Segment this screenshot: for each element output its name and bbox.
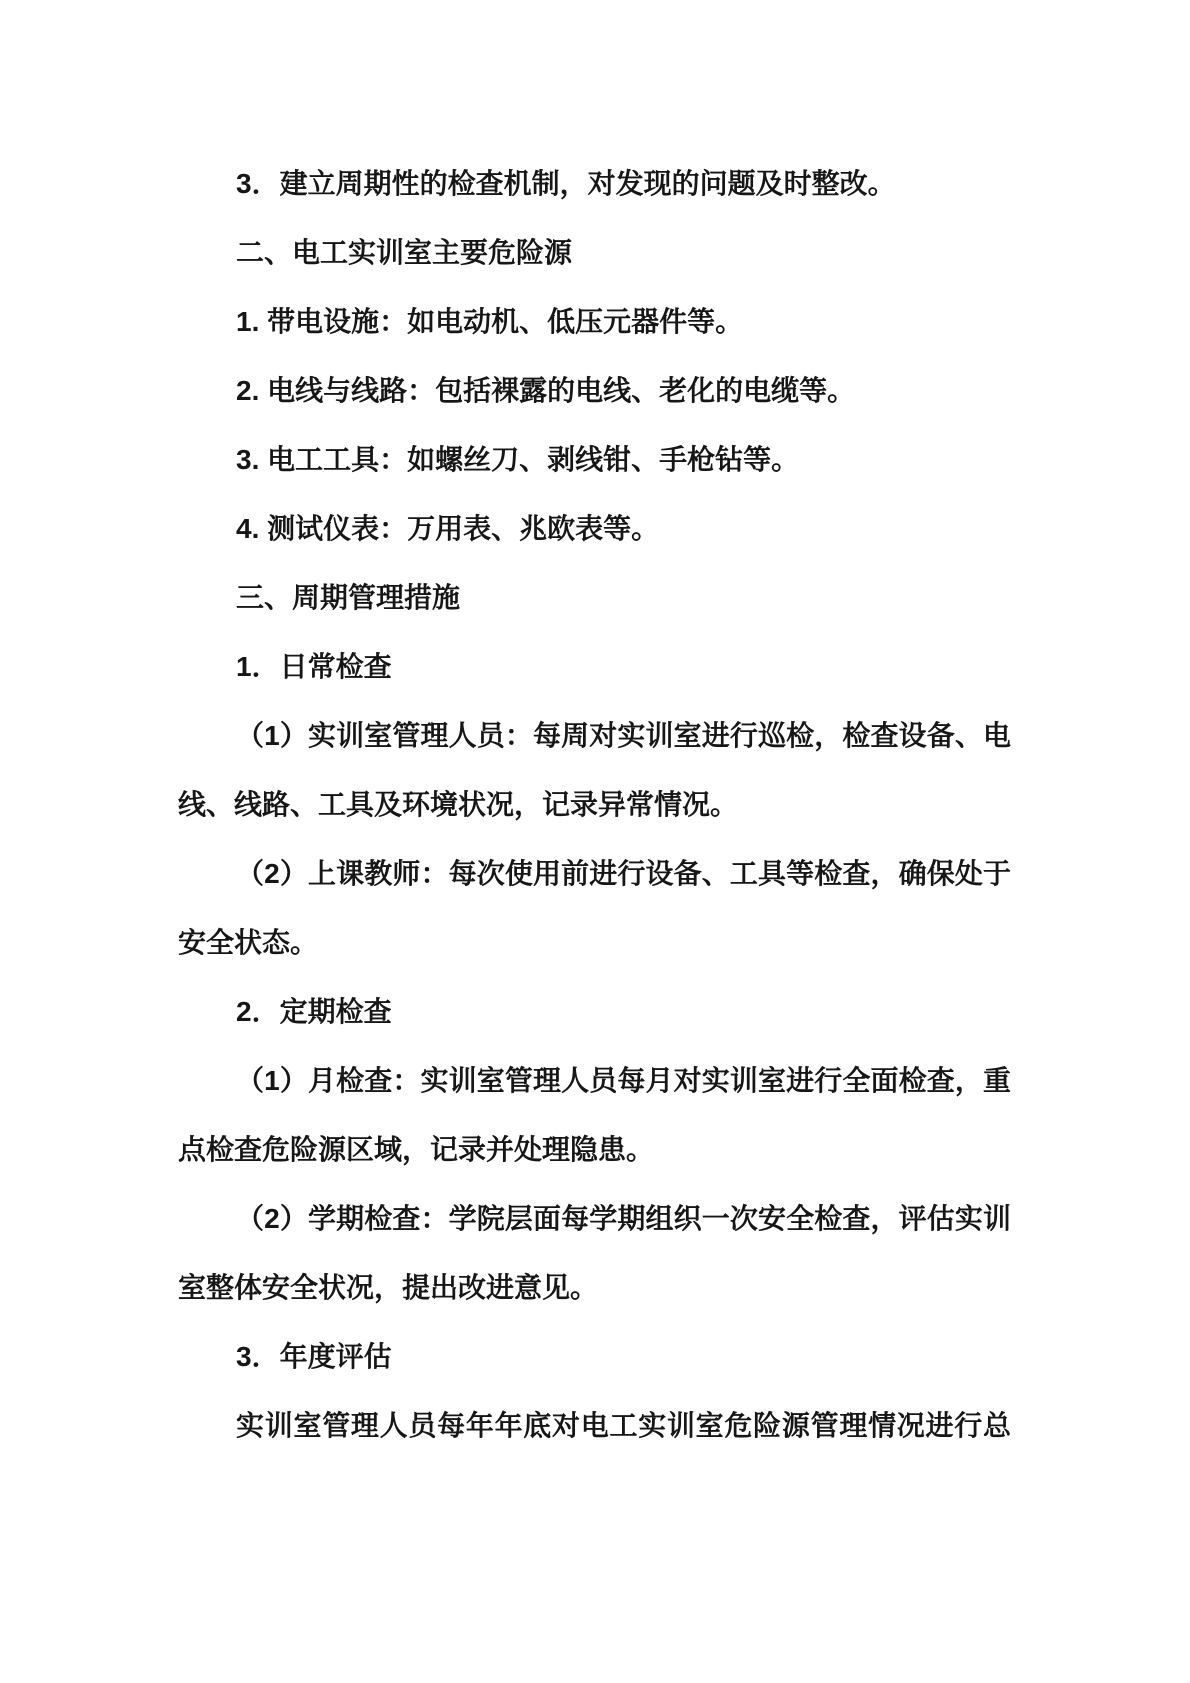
document-body-text: 3．建立周期性的检查机制，对发现的问题及时整改。 二、电工实训室主要危险源 1.… — [178, 149, 1011, 1460]
text-line: 三、周期管理措施 — [178, 563, 1011, 632]
heading-section-3-periodic-management: 三、周期管理措施 — [178, 563, 1011, 632]
text-line: 安全状态。 — [178, 908, 1011, 977]
para-daily-inspection-teacher: （2）上课教师：每次使用前进行设备、工具等检查，确保处于 安全状态。 — [178, 839, 1011, 977]
text-line: 实训室管理人员每年年底对电工实训室危险源管理情况进行总 — [178, 1391, 1011, 1460]
para-hazard-wires-lines: 2. 电线与线路：包括裸露的电线、老化的电缆等。 — [178, 356, 1011, 425]
text-line: （1）实训室管理人员：每周对实训室进行巡检，检查设备、电 — [178, 701, 1011, 770]
heading-daily-inspection: 1．日常检查 — [178, 632, 1011, 701]
para-daily-inspection-manager: （1）实训室管理人员：每周对实训室进行巡检，检查设备、电 线、线路、工具及环境状… — [178, 701, 1011, 839]
para-hazard-live-equipment: 1. 带电设施：如电动机、低压元器件等。 — [178, 287, 1011, 356]
text-line: 二、电工实训室主要危险源 — [178, 218, 1011, 287]
text-line: 室整体安全状况，提出改进意见。 — [178, 1253, 1011, 1322]
heading-section-2-hazard-sources: 二、电工实训室主要危险源 — [178, 218, 1011, 287]
text-line: 线、线路、工具及环境状况，记录异常情况。 — [178, 770, 1011, 839]
para-hazard-electrician-tools: 3. 电工工具：如螺丝刀、剥线钳、手枪钻等。 — [178, 425, 1011, 494]
para-semester-inspection: （2）学期检查：学院层面每学期组织一次安全检查，评估实训 室整体安全状况，提出改… — [178, 1184, 1011, 1322]
heading-periodic-inspection: 2．定期检查 — [178, 977, 1011, 1046]
text-line: 1. 带电设施：如电动机、低压元器件等。 — [178, 287, 1011, 356]
text-line: 3．建立周期性的检查机制，对发现的问题及时整改。 — [178, 149, 1011, 218]
text-line: 点检查危险源区域，记录并处理隐患。 — [178, 1115, 1011, 1184]
para-annual-summary: 实训室管理人员每年年底对电工实训室危险源管理情况进行总 — [178, 1391, 1011, 1460]
text-line: 3．年度评估 — [178, 1322, 1011, 1391]
para-periodic-check-item3: 3．建立周期性的检查机制，对发现的问题及时整改。 — [178, 149, 1011, 218]
text-line: 1．日常检查 — [178, 632, 1011, 701]
text-line: 2．定期检查 — [178, 977, 1011, 1046]
text-line: 3. 电工工具：如螺丝刀、剥线钳、手枪钻等。 — [178, 425, 1011, 494]
text-line: 2. 电线与线路：包括裸露的电线、老化的电缆等。 — [178, 356, 1011, 425]
text-line: 4. 测试仪表：万用表、兆欧表等。 — [178, 494, 1011, 563]
para-hazard-test-instruments: 4. 测试仪表：万用表、兆欧表等。 — [178, 494, 1011, 563]
text-line: （1）月检查：实训室管理人员每月对实训室进行全面检查，重 — [178, 1046, 1011, 1115]
text-line: （2）学期检查：学院层面每学期组织一次安全检查，评估实训 — [178, 1184, 1011, 1253]
text-line: （2）上课教师：每次使用前进行设备、工具等检查，确保处于 — [178, 839, 1011, 908]
para-monthly-inspection: （1）月检查：实训室管理人员每月对实训室进行全面检查，重 点检查危险源区域，记录… — [178, 1046, 1011, 1184]
heading-annual-evaluation: 3．年度评估 — [178, 1322, 1011, 1391]
document-page: 3．建立周期性的检查机制，对发现的问题及时整改。 二、电工实训室主要危险源 1.… — [0, 0, 1190, 1683]
